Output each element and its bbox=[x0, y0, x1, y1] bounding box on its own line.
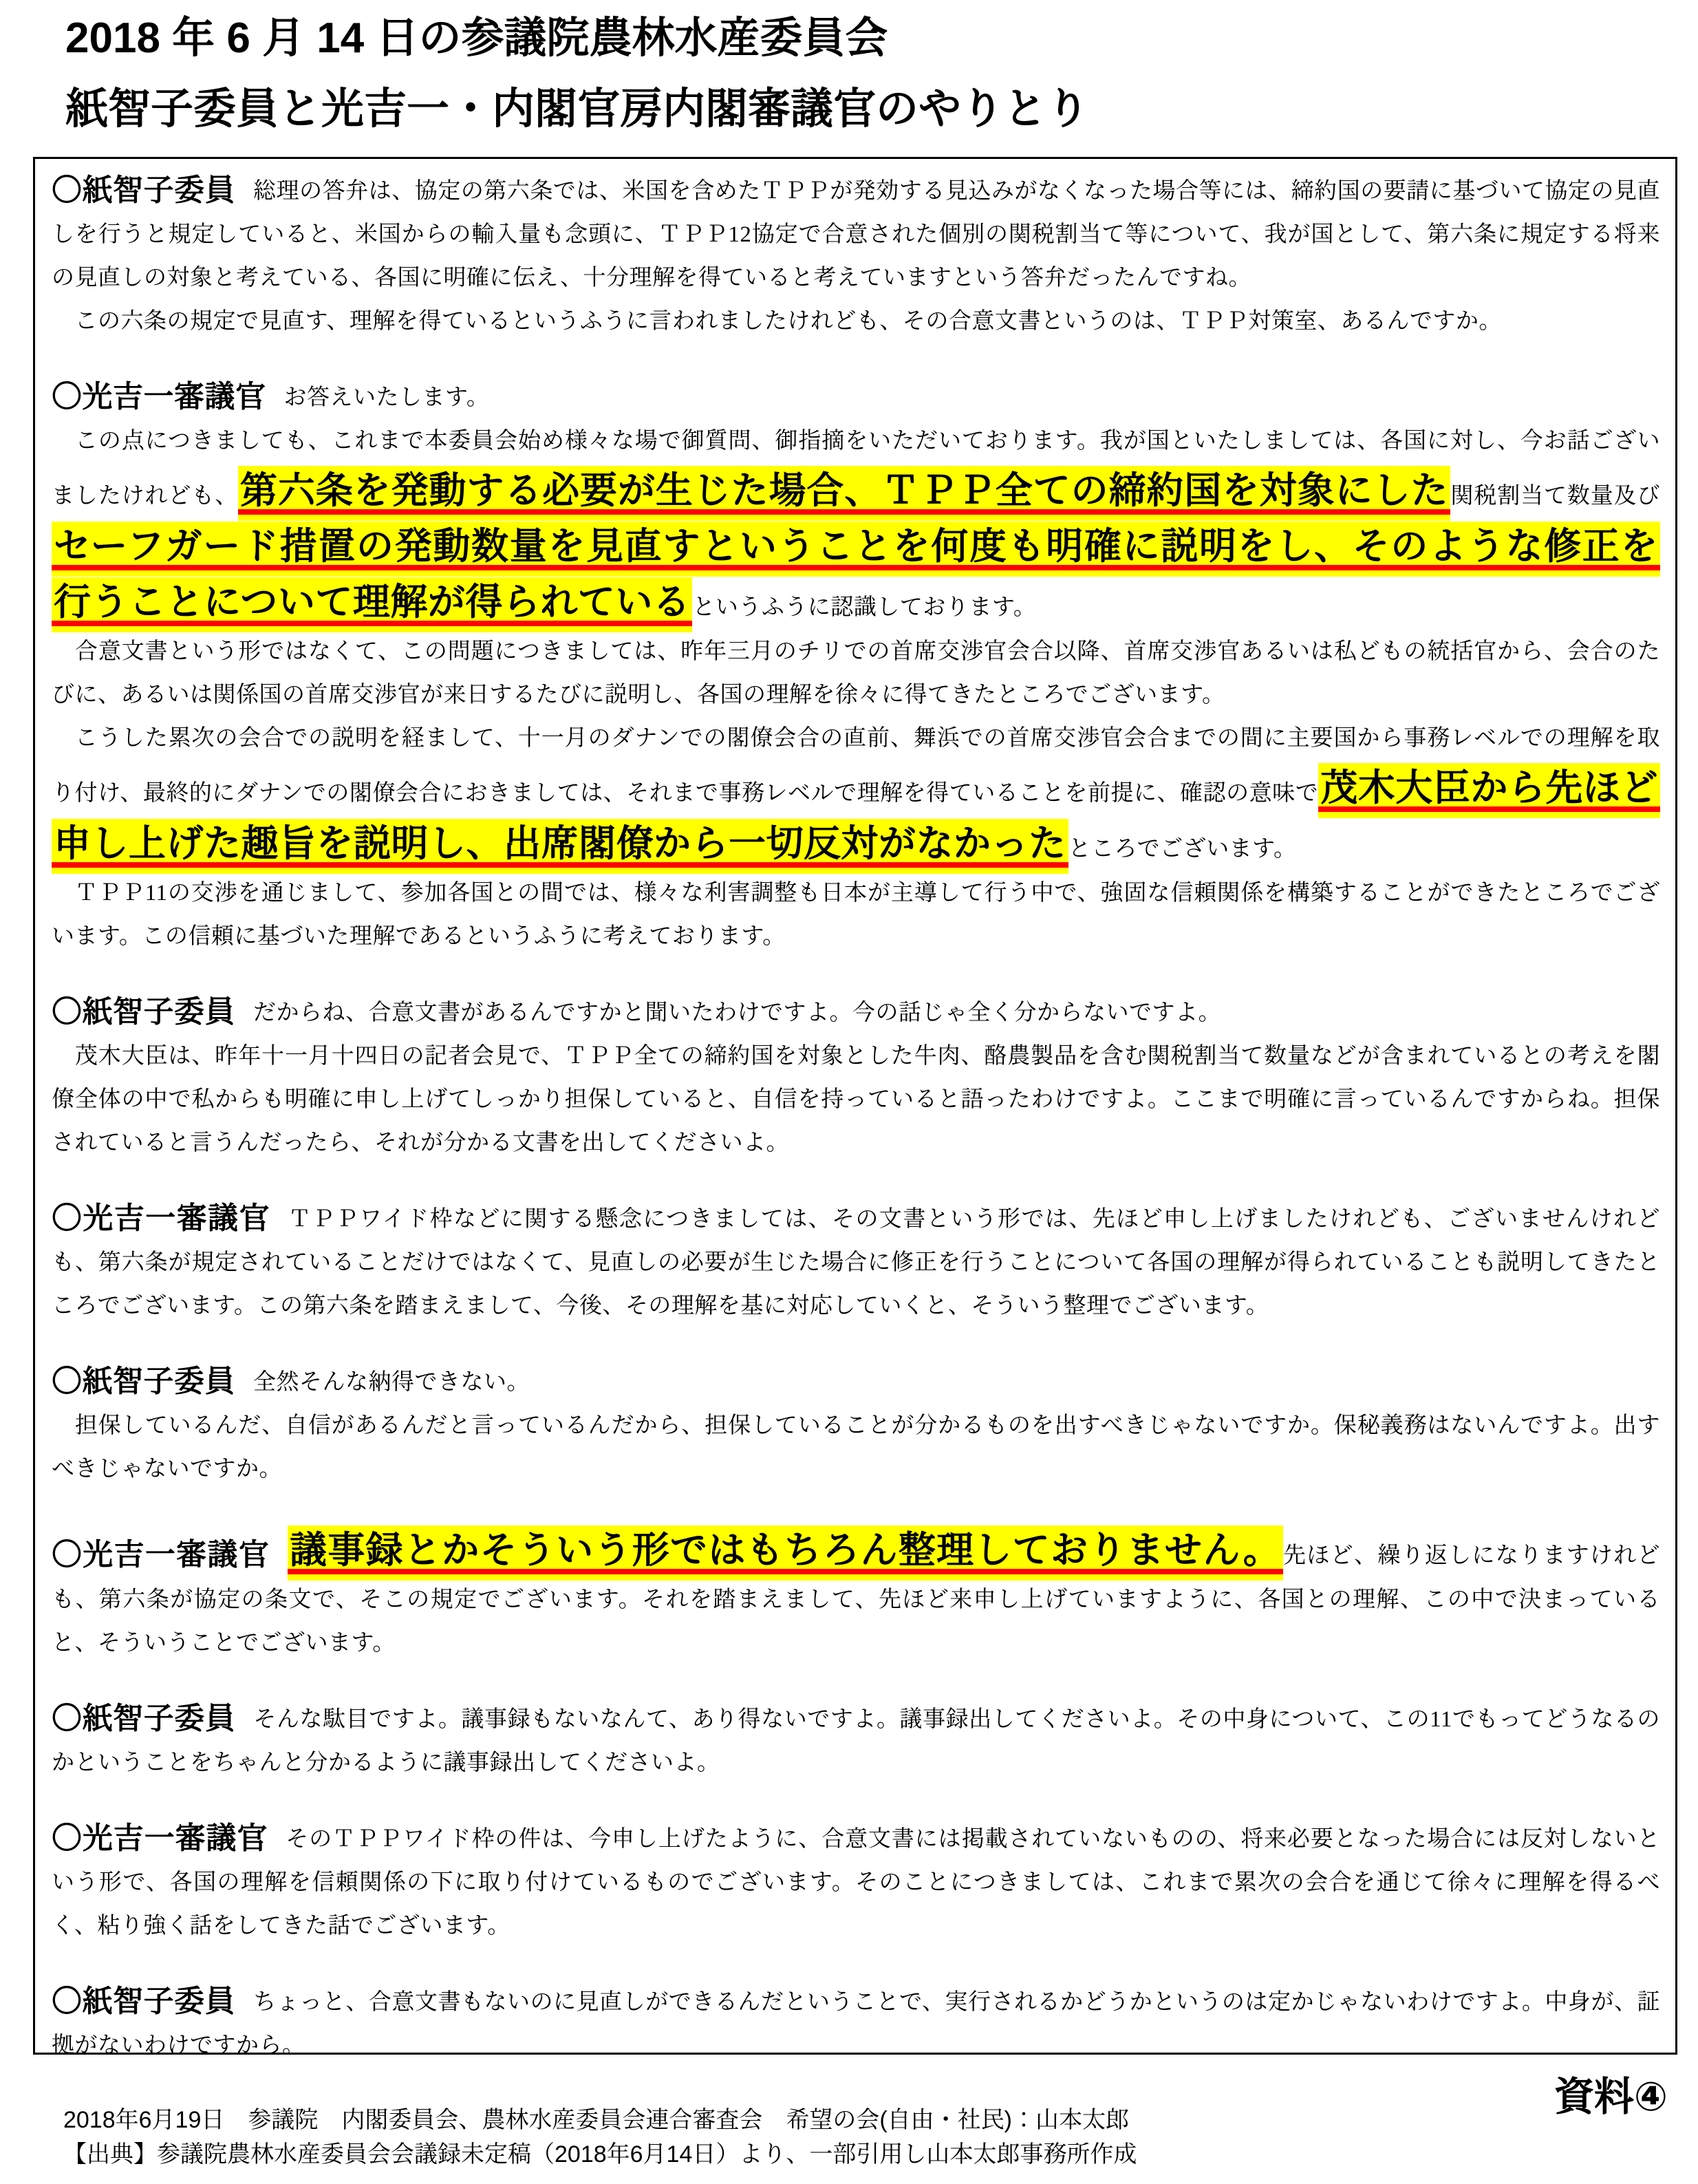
paragraph: 〇光吉一審議官そのＴＰＰワイド枠の件は、今申し上げたように、合意文書には掲載され… bbox=[52, 1817, 1660, 1948]
transcript-box: 〇紙智子委員総理の答弁は、協定の第六条では、米国を含めたＴＰＰが発効する見込みが… bbox=[33, 157, 1677, 2055]
body-text: 関税割当て数量及び bbox=[1450, 484, 1660, 508]
body-text: 合意文書という形ではなくて、この問題につきましては、昨年三月のチリでの首席交渉官… bbox=[52, 639, 1660, 707]
title-line-2: 紙智子委員と光吉一・内閣官房内閣審議官のやりとり bbox=[65, 74, 1089, 144]
paragraph: ＴＰＰ11の交渉を通じまして、参加各国との間では、様々な利害調整も日本が主導して… bbox=[52, 872, 1660, 959]
dialogue-block: 〇紙智子委員総理の答弁は、協定の第六条では、米国を含めたＴＰＰが発効する見込みが… bbox=[52, 169, 1660, 343]
dialogue-block: 〇光吉一審議官お答えいたします。 この点につきましても、これまで本委員会始め様々… bbox=[52, 375, 1660, 959]
paragraph: 合意文書という形ではなくて、この問題につきましては、昨年三月のチリでの首席交渉官… bbox=[52, 630, 1660, 717]
body-text: この六条の規定で見直す、理解を得ているというふうに言われましたけれども、その合意… bbox=[52, 309, 1502, 334]
document-page: { "page": { "title_line1": "2018 年 6 月 1… bbox=[0, 0, 1698, 2184]
dialogue-block: 〇光吉一審議官そのＴＰＰワイド枠の件は、今申し上げたように、合意文書には掲載され… bbox=[52, 1817, 1660, 1948]
speaker-name: 〇光吉一審議官 bbox=[52, 380, 266, 414]
paragraph: 〇光吉一審議官お答えいたします。 bbox=[52, 375, 1660, 420]
paragraph: 〇光吉一審議官ＴＰＰワイド枠などに関する懸念につきましては、その文書という形では… bbox=[52, 1197, 1660, 1328]
speaker-name: 〇紙智子委員 bbox=[52, 173, 235, 207]
dialogue: 〇紙智子委員総理の答弁は、協定の第六条では、米国を含めたＴＰＰが発効する見込みが… bbox=[52, 169, 1660, 2055]
title-line-1: 2018 年 6 月 14 日の参議院農林水産委員会 bbox=[65, 3, 1089, 74]
dialogue-block: 〇光吉一審議官議事録とかそういう形ではもちろん整理しておりません。先ほど、繰り返… bbox=[52, 1523, 1660, 1665]
paragraph: 〇紙智子委員そんな駄目ですよ。議事録もないなんて、あり得ないですよ。議事録出して… bbox=[52, 1697, 1660, 1785]
speaker-name: 〇光吉一審議官 bbox=[52, 1821, 268, 1855]
highlighted-text: 議事録とかそういう形ではもちろん整理しておりません。 bbox=[288, 1525, 1283, 1581]
dialogue-block: 〇紙智子委員だからね、合意文書があるんですかと聞いたわけですよ。今の話じゃ全く分… bbox=[52, 990, 1660, 1165]
paragraph: 〇光吉一審議官議事録とかそういう形ではもちろん整理しておりません。先ほど、繰り返… bbox=[52, 1523, 1660, 1665]
body-text: というふうに認識しております。 bbox=[692, 595, 1036, 620]
speaker-name: 〇紙智子委員 bbox=[52, 1364, 235, 1398]
body-text: だからね、合意文書があるんですかと聞いたわけですよ。今の話じゃ全く分からないです… bbox=[253, 1000, 1221, 1025]
body-text: 総理の答弁は、協定の第六条では、米国を含めたＴＰＰが発効する見込みがなくなった場… bbox=[52, 179, 1660, 290]
body-text: そのＴＰＰワイド枠の件は、今申し上げたように、合意文書には掲載されていないものの… bbox=[52, 1827, 1660, 1938]
footer-source-line: 【出典】参議院農林水産委員会会議録未定稿（2018年6月14日）より、一部引用し… bbox=[63, 2137, 1137, 2172]
paragraph: この六条の規定で見直す、理解を得ているというふうに言われましたけれども、その合意… bbox=[52, 300, 1660, 343]
body-text: 全然そんな納得できない。 bbox=[253, 1370, 530, 1395]
paragraph: この点につきましても、これまで本委員会始め様々な場で御質問、御指摘をいただいてお… bbox=[52, 420, 1660, 630]
speaker-name: 〇紙智子委員 bbox=[52, 995, 235, 1029]
body-text: ＴＰＰ11の交渉を通じまして、参加各国との間では、様々な利害調整も日本が主導して… bbox=[52, 881, 1660, 949]
footer-session-line: 2018年6月19日 参議院 内閣委員会、農林水産委員会連合審査会 希望の会(自… bbox=[63, 2103, 1137, 2137]
paragraph: 〇紙智子委員総理の答弁は、協定の第六条では、米国を含めたＴＰＰが発効する見込みが… bbox=[52, 169, 1660, 300]
dialogue-block: 〇紙智子委員ちょっと、合意文書もないのに見直しができるんだということで、実行され… bbox=[52, 1980, 1660, 2055]
body-text: ところでございます。 bbox=[1068, 837, 1297, 861]
document-title: 2018 年 6 月 14 日の参議院農林水産委員会 紙智子委員と光吉一・内閣官… bbox=[65, 3, 1089, 144]
body-text: そんな駄目ですよ。議事録もないなんて、あり得ないですよ。議事録出してくださいよ。… bbox=[52, 1707, 1660, 1775]
paragraph: 担保しているんだ、自信があるんだと言っているんだから、担保していることが分かるも… bbox=[52, 1404, 1660, 1491]
body-text: 担保しているんだ、自信があるんだと言っているんだから、担保していることが分かるも… bbox=[52, 1413, 1660, 1481]
body-text: ＴＰＰワイド枠などに関する懸念につきましては、その文書という形では、先ほど申し上… bbox=[52, 1207, 1660, 1318]
speaker-name: 〇紙智子委員 bbox=[52, 1984, 235, 2018]
dialogue-block: 〇光吉一審議官ＴＰＰワイド枠などに関する懸念につきましては、その文書という形では… bbox=[52, 1197, 1660, 1328]
dialogue-block: 〇紙智子委員全然そんな納得できない。 担保しているんだ、自信があるんだと言ってい… bbox=[52, 1360, 1660, 1491]
body-text: ちょっと、合意文書もないのに見直しができるんだということで、実行されるかどうかと… bbox=[52, 1990, 1660, 2055]
highlighted-text: 茂木大臣から先ほど申し上げた趣旨を説明し、出席閣僚から一切反対がなかった bbox=[52, 763, 1660, 874]
reference-number-label: 資料④ bbox=[1554, 2064, 1668, 2122]
paragraph: 〇紙智子委員ちょっと、合意文書もないのに見直しができるんだということで、実行され… bbox=[52, 1980, 1660, 2055]
speaker-name: 〇光吉一審議官 bbox=[52, 1201, 270, 1235]
paragraph: 〇紙智子委員全然そんな納得できない。 bbox=[52, 1360, 1660, 1404]
footer: 2018年6月19日 参議院 内閣委員会、農林水産委員会連合審査会 希望の会(自… bbox=[63, 2103, 1137, 2172]
paragraph: 〇紙智子委員だからね、合意文書があるんですかと聞いたわけですよ。今の話じゃ全く分… bbox=[52, 990, 1660, 1035]
body-text: お答えいたします。 bbox=[284, 385, 490, 410]
dialogue-block: 〇紙智子委員そんな駄目ですよ。議事録もないなんて、あり得ないですよ。議事録出して… bbox=[52, 1697, 1660, 1785]
paragraph: 茂木大臣は、昨年十一月十四日の記者会見で、ＴＰＰ全ての締約国を対象とした牛肉、酪… bbox=[52, 1035, 1660, 1165]
speaker-name: 〇紙智子委員 bbox=[52, 1702, 235, 1735]
speaker-name: 〇光吉一審議官 bbox=[52, 1538, 270, 1572]
paragraph: こうした累次の会合での説明を経まして、十一月のダナンでの閣僚会合の直前、舞浜での… bbox=[52, 717, 1660, 872]
highlighted-text: 第六条を発動する必要が生じた場合、ＴＰＰ全ての締約国を対象にした bbox=[238, 466, 1450, 521]
body-text: 茂木大臣は、昨年十一月十四日の記者会見で、ＴＰＰ全ての締約国を対象とした牛肉、酪… bbox=[52, 1044, 1660, 1155]
